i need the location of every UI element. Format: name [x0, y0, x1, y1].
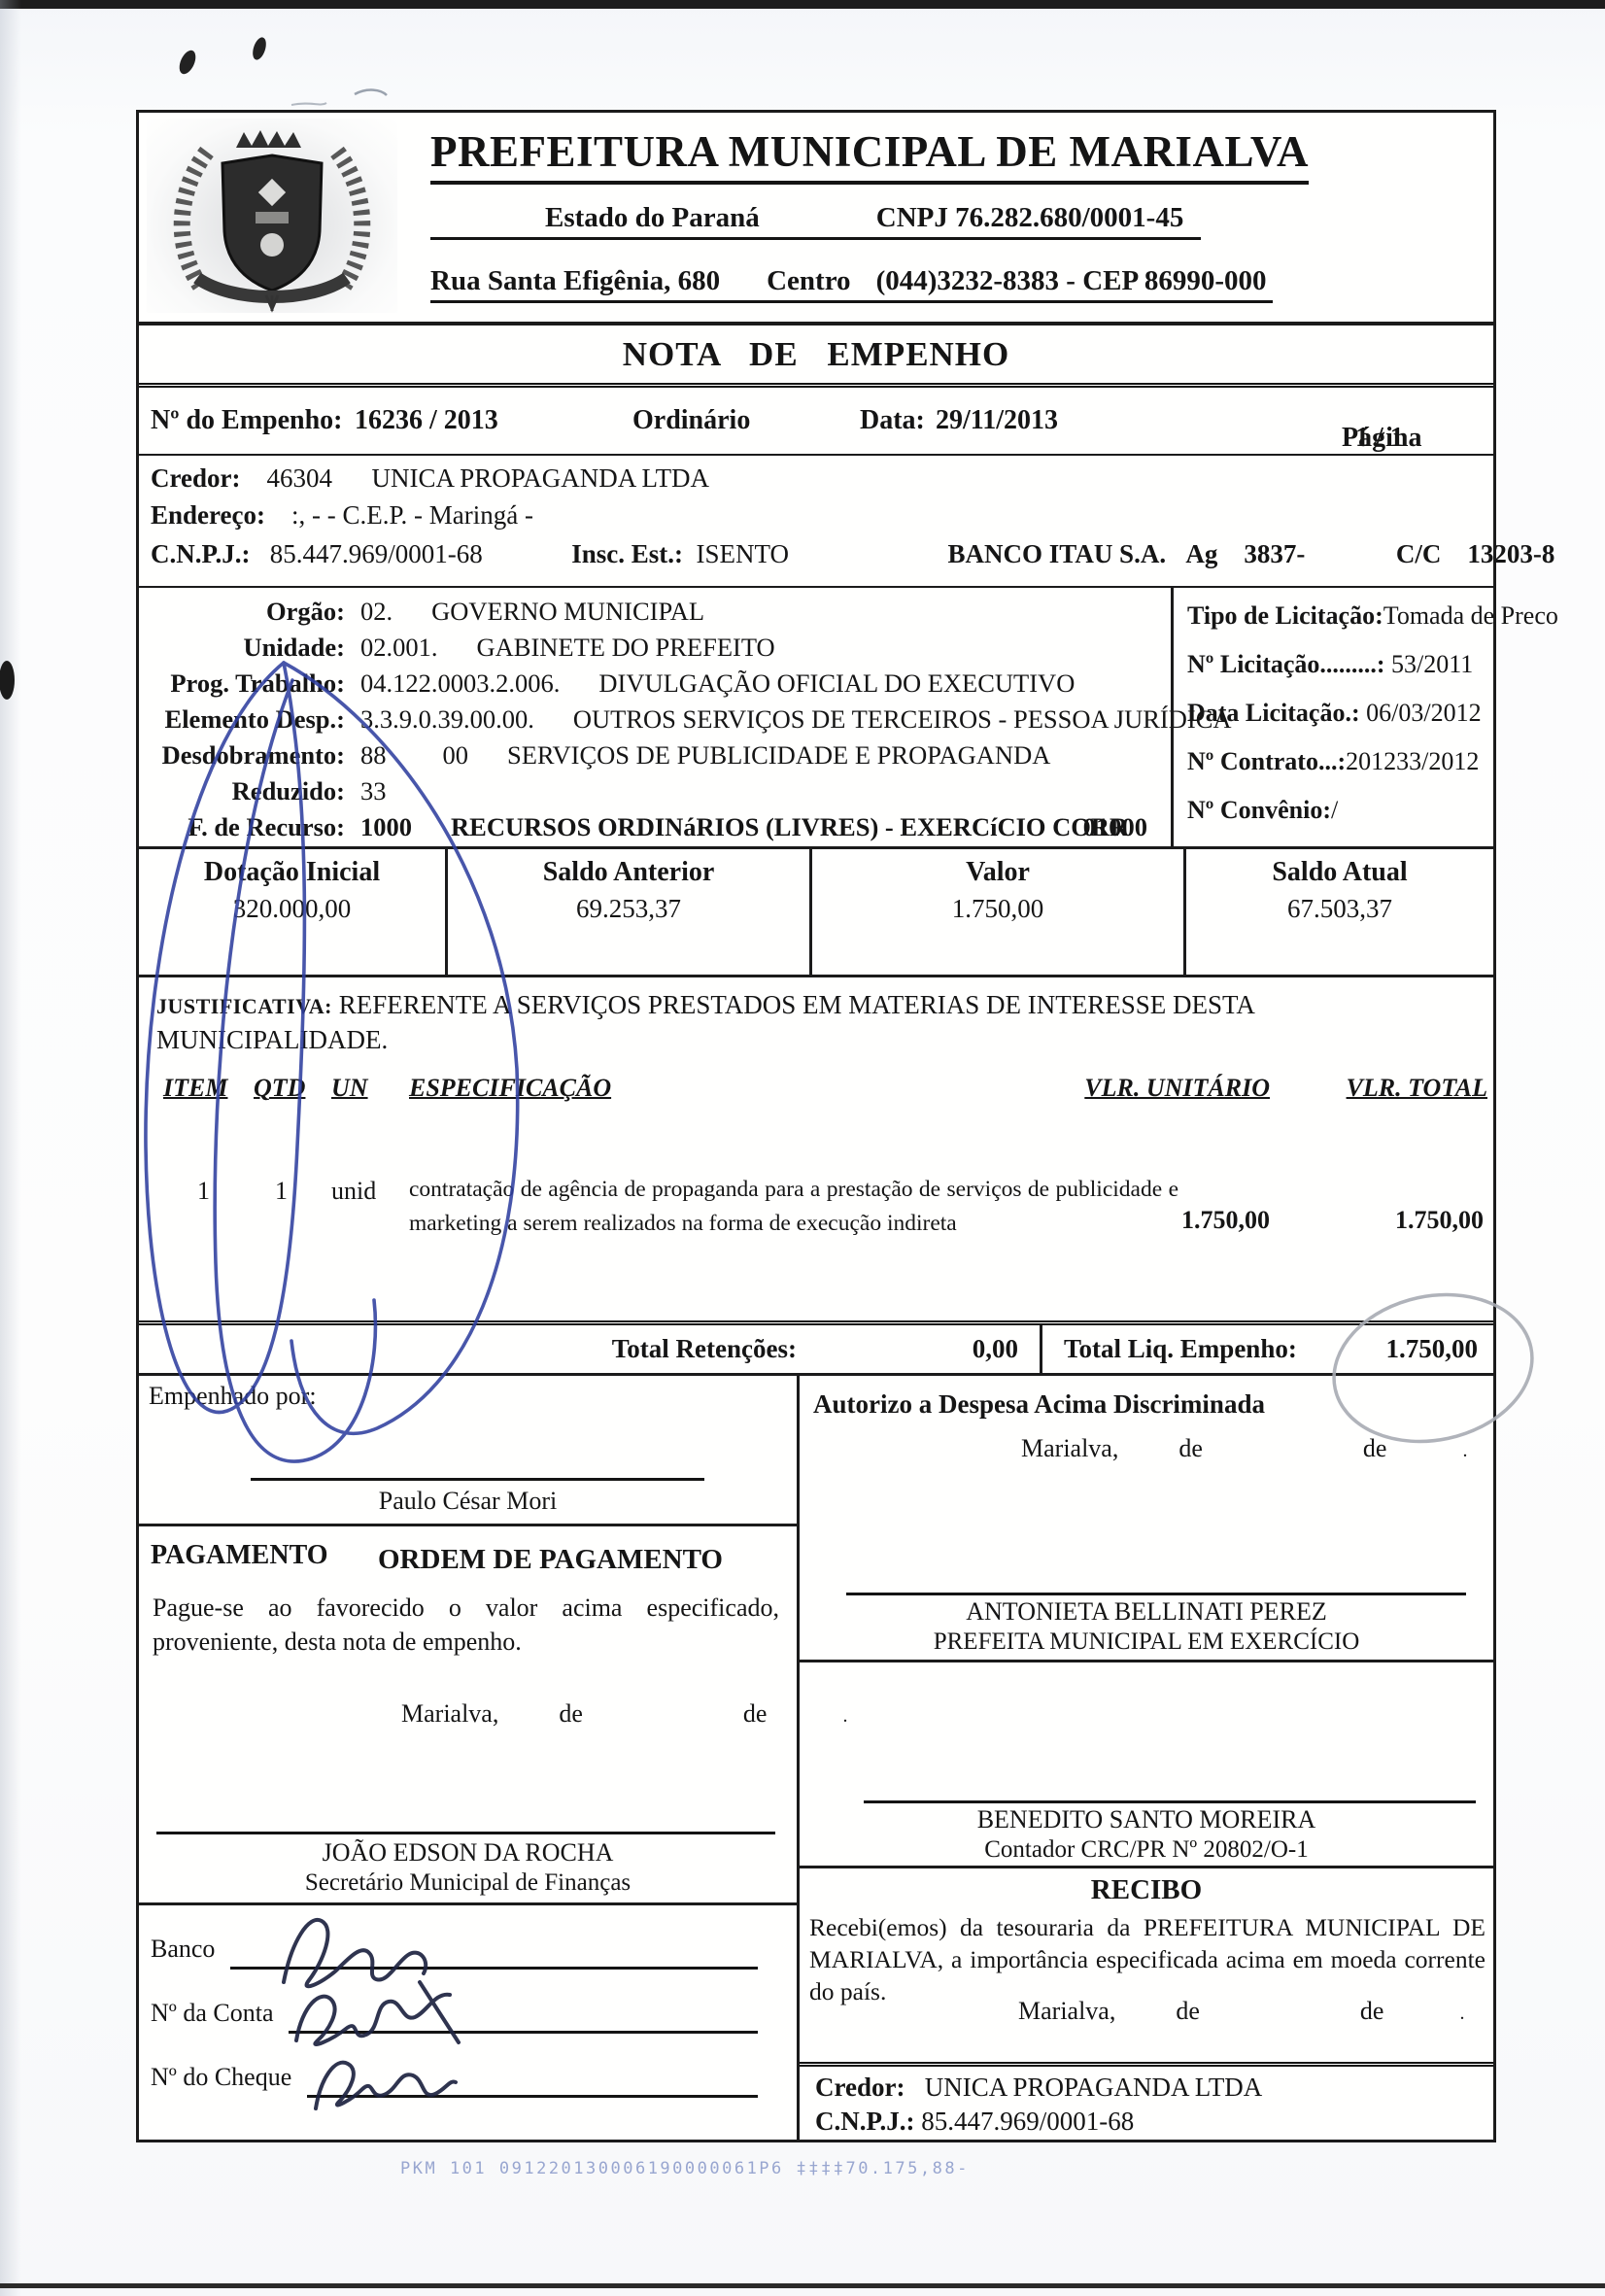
- secretario-title: Secretário Municipal de Finanças: [139, 1869, 797, 1897]
- municipal-coat-of-arms-logo: [147, 119, 397, 313]
- dotacao-inicial-cell: Dotação Inicial 320.000,00: [139, 849, 445, 975]
- scan-edge-top: [0, 0, 1605, 9]
- valor-cell: Valor 1.750,00: [809, 849, 1183, 975]
- nota-de-empenho-document: PREFEITURA MUNICIPAL DE MARIALVA Estado …: [136, 110, 1496, 2142]
- contador-name: BENEDITO SANTO MOREIRA: [800, 1805, 1493, 1834]
- fonte-recurso-extra-code: 01000: [1083, 809, 1147, 845]
- licitacao-panel: Tipo de Licitação:Tomada de Preco Nº Lic…: [1171, 588, 1493, 846]
- payment-city-date-line: Marialva,dede.: [401, 1699, 847, 1729]
- empenho-type: Ordinário: [632, 405, 750, 436]
- retencoes-label: Total Retenções:: [139, 1325, 855, 1373]
- budget-classification-block: Orgão:02.GOVERNO MUNICIPAL Unidade:02.00…: [139, 588, 1493, 846]
- ordem-pagamento-text: Pague-se ao favorecido o valor acima esp…: [153, 1591, 779, 1659]
- item-unit-type: unid: [331, 1177, 376, 1206]
- banco-label: Banco: [151, 1935, 215, 1964]
- left-signature-column: Empenhado por: Paulo César Mori PAGAMENT…: [139, 1376, 800, 2140]
- creditor-label: Credor:: [151, 463, 240, 493]
- prefeita-title: PREFEITA MUNICIPAL EM EXERCÍCIO: [800, 1628, 1493, 1656]
- account-value: 13203-8: [1467, 539, 1554, 568]
- licitacao-tipo: Tipo de Licitação:Tomada de Preco: [1187, 601, 1558, 631]
- org-state: Estado do Paraná: [545, 202, 760, 233]
- header-line-address: Rua Santa Efigênia, 680Centro(044)3232-8…: [430, 265, 1273, 303]
- conta-row: Nº da Conta: [151, 1999, 758, 2028]
- faint-pencil-squiggle: [291, 103, 326, 105]
- dotacao-table: Dotação Inicial 320.000,00 Saldo Anterio…: [139, 846, 1493, 975]
- col-header-qtd: QTD: [254, 1074, 305, 1103]
- col-header-vlr-unitario: VLR. UNITÁRIO: [1084, 1074, 1270, 1103]
- scan-edge-bottom: [0, 2283, 1605, 2288]
- empenho-number-value: 16236 / 2013: [355, 405, 498, 436]
- agency-value: 3837-: [1244, 539, 1305, 568]
- empenhado-por-cell: Empenhado por: Paulo César Mori: [139, 1376, 797, 1526]
- contrato-numero: Nº Contrato...:201233/2012: [1187, 747, 1479, 776]
- header-line-state-cnpj: Estado do ParanáCNPJ 76.282.680/0001-45: [430, 202, 1201, 240]
- bank-details-cell: Banco Nº da Conta Nº do Cheque: [139, 1905, 797, 2140]
- autorizo-cell: Autorizo a Despesa Acima Discriminada Ma…: [800, 1376, 1493, 1662]
- cheque-label: Nº do Cheque: [151, 2063, 291, 2092]
- ribbon-tail: [266, 295, 278, 311]
- col-header-vlr-total: VLR. TOTAL: [1347, 1074, 1487, 1103]
- creditor-line: Credor: 46304 UNICA PROPAGANDA LTDA: [151, 463, 709, 494]
- item-description: contratação de agência de propaganda par…: [409, 1173, 1178, 1242]
- ordem-pagamento-title: ORDEM DE PAGAMENTO: [304, 1544, 797, 1576]
- recibo-cnpj-line: C.N.P.J.: 85.447.969/0001-68: [815, 2107, 1493, 2137]
- licitacao-data: Data Licitação.: 06/03/2012: [1187, 699, 1482, 728]
- ink-speck: [251, 36, 269, 62]
- retencoes-cell: Total Retenções: 0,00: [139, 1325, 1042, 1373]
- totals-row: Total Retenções: 0,00 Total Liq. Empenho…: [139, 1320, 1493, 1373]
- page-indicator: Página 1 / 1: [1342, 405, 1355, 436]
- autorizo-label: Autorizo a Despesa Acima Discriminada: [813, 1389, 1265, 1420]
- signature-line: [846, 1593, 1466, 1595]
- secretario-name: JOÃO EDSON DA ROCHA: [139, 1838, 797, 1868]
- recibo-city-date-line: Marialva,dede.: [1018, 1997, 1464, 2026]
- budget-row-elemento: Elemento Desp.:3.3.9.0.39.00.00.OUTROS S…: [139, 702, 1171, 737]
- account-label: C/C: [1396, 539, 1442, 568]
- budget-row-prog-trabalho: Prog. Trabalho:04.122.0003.2.006.DIVULGA…: [139, 666, 1171, 702]
- conta-fill-line: [289, 1999, 758, 2034]
- address-label: Endereço:: [151, 500, 265, 530]
- col-header-item: ITEM: [163, 1074, 227, 1103]
- document-title-bar: NOTA DE EMPENHO: [139, 324, 1493, 388]
- banco-row: Banco: [151, 1935, 758, 1964]
- creditor-cnpj-line: C.N.P.J.: 85.447.969/0001-68 Insc. Est.:…: [151, 539, 1554, 569]
- empenho-date-value: 29/11/2013: [936, 405, 1058, 436]
- cnpj-label: C.N.P.J.:: [151, 539, 251, 568]
- empenho-number-row: Nº do Empenho: 16236 / 2013 Ordinário Da…: [139, 388, 1493, 456]
- faint-pencil-squiggle: [355, 90, 387, 95]
- ink-speck: [176, 48, 198, 76]
- header-text-block: PREFEITURA MUNICIPAL DE MARIALVA Estado …: [430, 126, 1485, 303]
- creditor-name: UNICA PROPAGANDA LTDA: [371, 463, 709, 493]
- header-sep: -: [1066, 265, 1076, 296]
- total-liq-value: 1.750,00: [1297, 1325, 1493, 1373]
- empenho-date-label: Data:: [860, 405, 925, 436]
- right-signature-column: Autorizo a Despesa Acima Discriminada Ma…: [800, 1376, 1493, 2140]
- item-number: 1: [197, 1177, 210, 1206]
- cheque-row: Nº do Cheque: [151, 2063, 758, 2092]
- dot-matrix-print-line: PKM 101 091220130006190000061P6 ‡‡‡‡70.1…: [400, 2159, 970, 2178]
- item-qty: 1: [275, 1177, 288, 1206]
- pagamento-section-label: PAGAMENTO: [151, 1540, 328, 1571]
- contador-title: Contador CRC/PR Nº 20802/O-1: [800, 1836, 1493, 1864]
- budget-row-unidade: Unidade:02.001.GABINETE DO PREFEITO: [139, 630, 1171, 666]
- signature-line: [156, 1832, 775, 1834]
- scan-edge-left-shade: [0, 0, 21, 2296]
- retencoes-value: 0,00: [855, 1325, 1040, 1373]
- document-header: PREFEITURA MUNICIPAL DE MARIALVA Estado …: [139, 113, 1493, 324]
- recibo-credor-block: Credor: UNICA PROPAGANDA LTDA C.N.P.J.: …: [800, 2062, 1493, 2140]
- crown: [236, 130, 301, 148]
- wreath-left: [182, 152, 207, 286]
- empenhado-name: Paulo César Mori: [139, 1487, 797, 1516]
- creditor-code: 46304: [266, 463, 332, 493]
- total-liq-cell: Total Liq. Empenho: 1.750,00: [1042, 1325, 1493, 1373]
- budget-left-column: Orgão:02.GOVERNO MUNICIPAL Unidade:02.00…: [139, 588, 1171, 846]
- item-total-value: 1.750,00: [1395, 1206, 1484, 1235]
- prefeita-name: ANTONIETA BELLINATI PEREZ: [800, 1597, 1493, 1627]
- org-street: Rua Santa Efigênia, 680: [430, 265, 720, 296]
- org-title: PREFEITURA MUNICIPAL DE MARIALVA: [430, 126, 1309, 185]
- signature-line: [251, 1478, 704, 1481]
- empenho-number-label: Nº do Empenho:: [151, 405, 343, 436]
- autorizo-city-date-line: Marialva,dede.: [1021, 1434, 1467, 1463]
- org-cep: CEP 86990-000: [1082, 265, 1266, 296]
- wreath-right: [337, 152, 362, 286]
- banco-fill-line: [230, 1935, 758, 1970]
- justificativa-label: JUSTIFICATIVA:: [156, 994, 332, 1018]
- org-district: Centro: [767, 265, 850, 296]
- convenio-numero: Nº Convênio:/: [1187, 796, 1338, 825]
- insc-label: Insc. Est.:: [571, 539, 683, 568]
- insc-value: ISENTO: [697, 539, 790, 568]
- licitacao-numero: Nº Licitação.........: 53/2011: [1187, 650, 1473, 679]
- budget-row-desdobramento: Desdobramento:8800SERVIÇOS DE PUBLICIDAD…: [139, 737, 1171, 773]
- item-unit-value: 1.750,00: [1181, 1206, 1270, 1235]
- empenhado-por-label: Empenhado por:: [149, 1382, 317, 1411]
- col-header-especificacao: ESPECIFICAÇÃO: [409, 1074, 611, 1103]
- recibo-cell: RECIBO Recebi(emos) da tesouraria da PRE…: [800, 1868, 1493, 2140]
- creditor-block: Credor: 46304 UNICA PROPAGANDA LTDA Ende…: [139, 456, 1493, 588]
- org-phone: (044)3232-8383: [876, 265, 1059, 296]
- creditor-address-line: Endereço: :, - - C.E.P. - Maringá -: [151, 500, 533, 531]
- agency-label: Ag: [1185, 539, 1217, 568]
- org-cnpj: CNPJ 76.282.680/0001-45: [876, 202, 1184, 233]
- recibo-title: RECIBO: [800, 1874, 1493, 1906]
- justificativa-block: JUSTIFICATIVA: REFERENTE A SERVIÇOS PRES…: [139, 975, 1493, 1064]
- document-title: NOTA DE EMPENHO: [139, 326, 1493, 384]
- signature-line: [864, 1800, 1476, 1803]
- cheque-fill-line: [307, 2063, 758, 2098]
- saldo-anterior-cell: Saldo Anterior 69.253,37: [445, 849, 809, 975]
- cnpj-value: 85.447.969/0001-68: [270, 539, 483, 568]
- bank-name: BANCO ITAU S.A.: [948, 539, 1167, 568]
- address-value: :, - - C.E.P. - Maringá -: [291, 500, 533, 530]
- budget-row-orgao: Orgão:02.GOVERNO MUNICIPAL: [139, 594, 1171, 630]
- conta-label: Nº da Conta: [151, 1999, 273, 2028]
- saldo-atual-cell: Saldo Atual 67.503,37: [1183, 849, 1493, 975]
- recibo-text: Recebi(emos) da tesouraria da PREFEITURA…: [809, 1911, 1485, 2007]
- ordem-pagamento-cell: PAGAMENTO ORDEM DE PAGAMENTO Pague-se ao…: [139, 1526, 797, 1905]
- shield-roundel: [260, 233, 284, 257]
- contador-cell: BENEDITO SANTO MOREIRA Contador CRC/PR N…: [800, 1662, 1493, 1868]
- shield-band: [256, 212, 289, 223]
- signatures-area: Empenhado por: Paulo César Mori PAGAMENT…: [139, 1373, 1493, 2140]
- col-header-un: UN: [331, 1074, 368, 1103]
- items-table: ITEM QTD UN ESPECIFICAÇÃO VLR. UNITÁRIO …: [139, 1064, 1493, 1320]
- budget-row-fonte-recurso: F. de Recurso:1000RECURSOS ORDINáRIOS (L…: [139, 809, 1171, 845]
- recibo-credor-line: Credor: UNICA PROPAGANDA LTDA: [815, 2073, 1493, 2103]
- total-liq-label: Total Liq. Empenho:: [1042, 1325, 1297, 1373]
- budget-row-reduzido: Reduzido:33: [139, 773, 1171, 809]
